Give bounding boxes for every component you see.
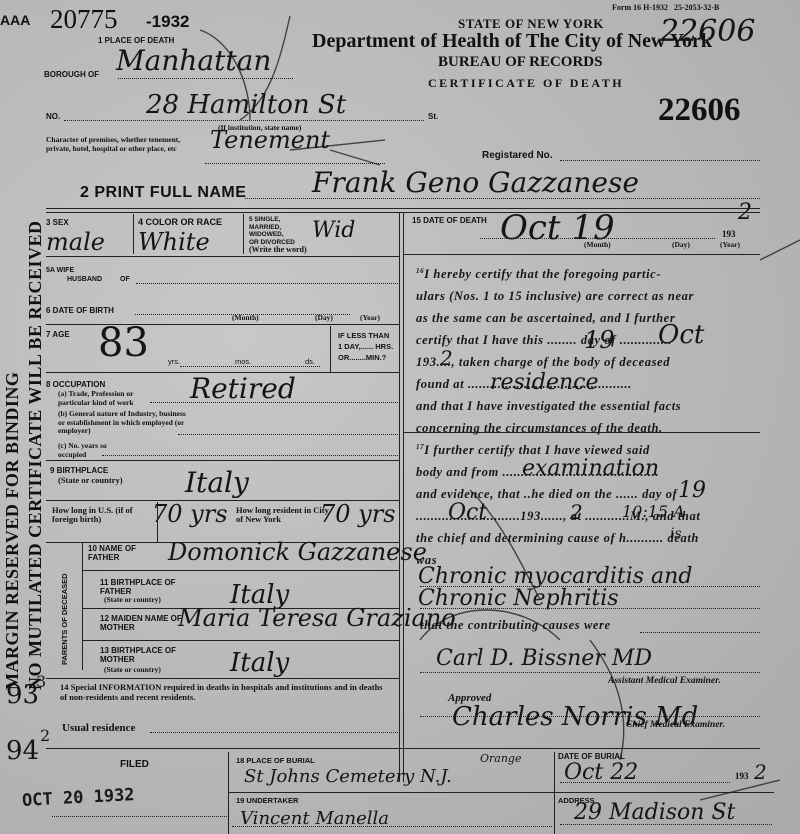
handwriting-strokes [0,0,800,834]
death-certificate: MARGIN RESERVED FOR BINDING NO MUTILATED… [0,0,800,834]
